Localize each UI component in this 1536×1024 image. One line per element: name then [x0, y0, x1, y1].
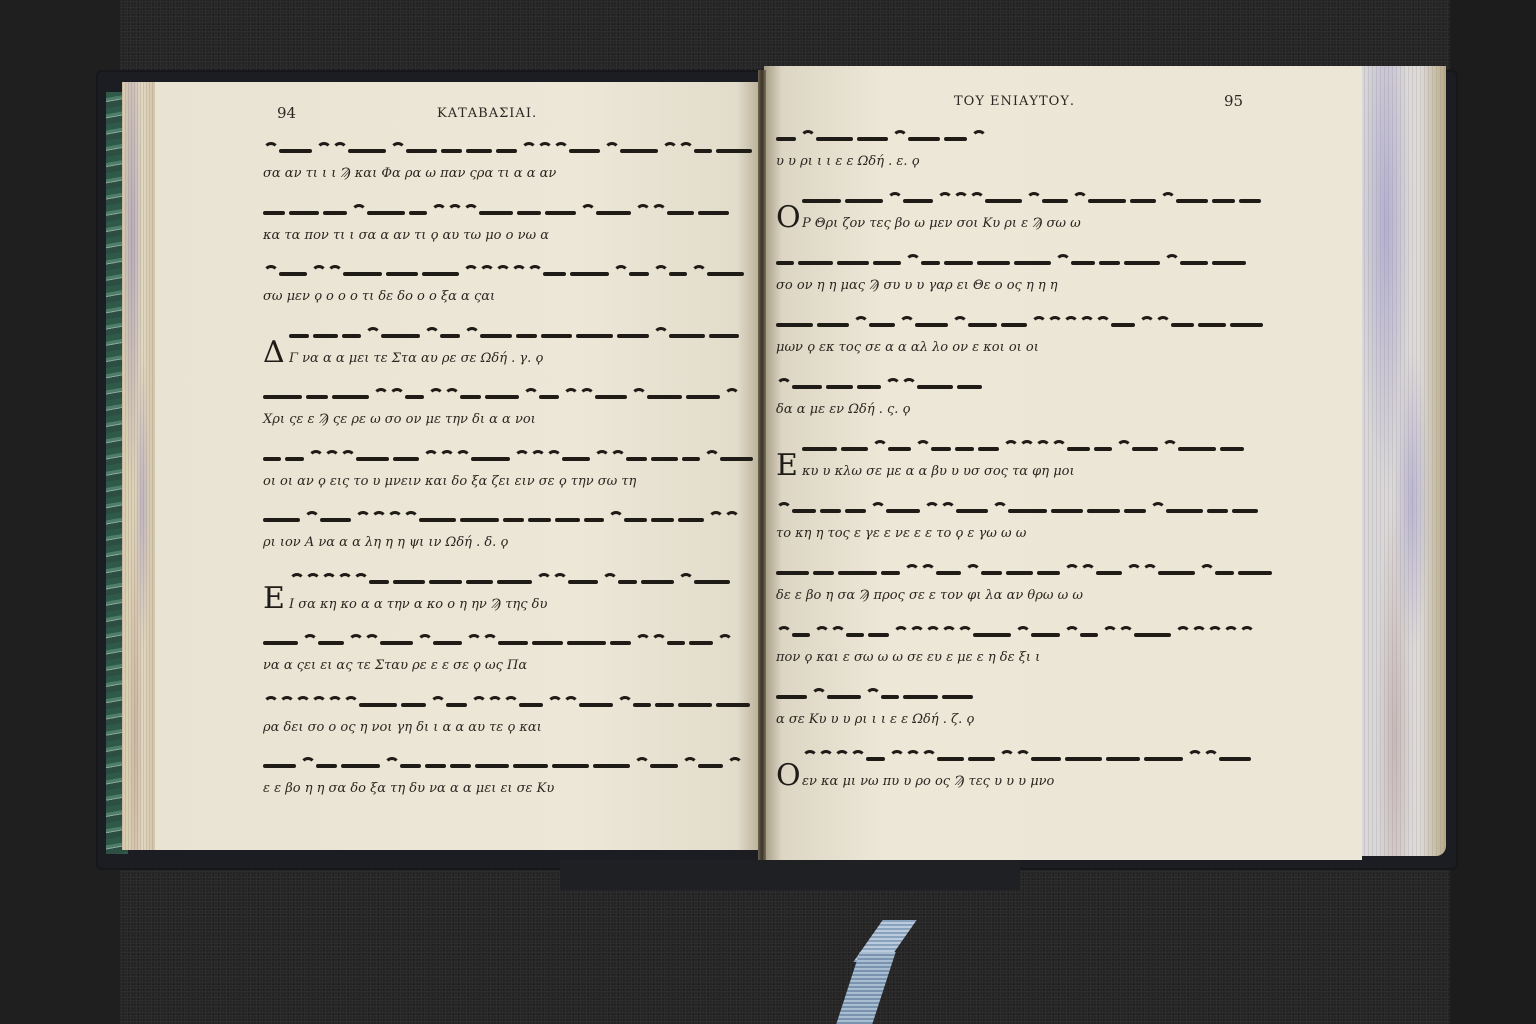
neume-stroke-icon	[422, 272, 459, 276]
neume-stroke-icon	[359, 703, 397, 707]
neume-stroke-icon	[381, 334, 420, 338]
neume-stroke-icon	[369, 580, 389, 584]
neume-hook-icon	[834, 750, 850, 766]
neume-hook-icon	[327, 696, 343, 712]
neume-stroke-icon	[517, 211, 541, 215]
neume-stroke-icon	[441, 149, 462, 153]
neume-stroke-icon	[332, 395, 369, 399]
neume-stroke-icon	[798, 261, 833, 265]
neume-stroke-icon	[903, 695, 938, 699]
neume-hook-icon	[553, 142, 569, 158]
neume-stroke-icon	[694, 149, 712, 153]
neume-stroke-icon	[955, 447, 974, 451]
neume-stroke-icon	[694, 580, 730, 584]
neume-hook-icon	[1199, 564, 1215, 580]
neume-stroke-icon	[689, 641, 713, 645]
neume-stroke-icon	[419, 518, 456, 522]
lyric-syllables: κυ υ κλω σε με α α βυ υ υσ σος τα φη μοι	[802, 464, 1266, 479]
neume-stroke-icon	[570, 272, 609, 276]
neume-hook-icon	[351, 204, 367, 220]
neume-hook-icon	[463, 204, 479, 220]
lyric-syllables: κα τα πον τι ι σα α αν τι ϙ αυ τω μο ο ν…	[263, 228, 753, 243]
neume-stroke-icon	[595, 395, 627, 399]
notation-line: σω μεν ϙ ο ο ο τι δε δο ο ο ξα α ςαι	[263, 259, 753, 304]
neume-stroke-icon	[776, 137, 796, 141]
neume-stroke-icon	[1176, 199, 1208, 203]
neume-hook-icon	[343, 696, 359, 712]
neume-hook-icon	[892, 130, 908, 146]
neume-hook-icon	[602, 573, 618, 589]
left-page: 94 ΚΑΤΑΒΑΣΙΑΙ. σα αν τι ι ι Ϡ και Φα ρα …	[155, 82, 761, 850]
neume-stroke-icon	[279, 149, 312, 153]
neume-stroke-icon	[596, 211, 631, 215]
notation-line: Ρ Θρι ζον τες βο ω μεν σοι Κυ ρι ε Ϡ σω …	[802, 186, 1266, 231]
neume-row	[776, 496, 1266, 522]
neume-row	[263, 444, 753, 470]
neume-stroke-icon	[485, 395, 519, 399]
neume-hook-icon	[920, 564, 936, 580]
neume-hook-icon	[1035, 440, 1051, 456]
ribbon-bookmark[interactable]	[836, 952, 895, 1024]
neume-stroke-icon	[792, 385, 822, 389]
neume-stroke-icon	[1071, 261, 1095, 265]
lyric-syllables: α σε Κυ υ υ ρι ι ι ε ε Ωδή . ζ. ϙ	[776, 712, 1266, 727]
neume-stroke-icon	[568, 580, 598, 584]
neume-hook-icon	[1155, 316, 1171, 332]
notation-line: κα τα πον τι ι σα α αν τι ϙ αυ τω μο ο ν…	[263, 198, 753, 243]
neume-stroke-icon	[942, 695, 973, 699]
neume-stroke-icon	[827, 695, 861, 699]
neume-hook-icon	[653, 327, 669, 343]
neume-stroke-icon	[263, 457, 281, 461]
neume-stroke-icon	[528, 518, 551, 522]
lyric-syllables: υ υ ρι ι ι ε ε Ωδή . ε. ϙ	[776, 154, 1266, 169]
neume-hook-icon	[811, 688, 827, 704]
neume-hook-icon	[691, 265, 707, 281]
neume-hook-icon	[479, 265, 495, 281]
neume-stroke-icon	[532, 641, 563, 645]
neume-hook-icon	[941, 626, 957, 642]
neume-stroke-icon	[886, 509, 920, 513]
neume-stroke-icon	[460, 518, 499, 522]
neume-stroke-icon	[667, 211, 694, 215]
neume-stroke-icon	[1215, 571, 1234, 575]
neume-hook-icon	[337, 573, 353, 589]
neume-hook-icon	[466, 634, 482, 650]
neume-row	[776, 558, 1266, 584]
neume-row	[289, 321, 753, 347]
neume-stroke-icon	[629, 272, 649, 276]
neume-stroke-icon	[1067, 447, 1090, 451]
neume-stroke-icon	[716, 703, 750, 707]
neume-stroke-icon	[541, 334, 572, 338]
neume-stroke-icon	[617, 334, 649, 338]
neume-row	[263, 751, 753, 777]
neume-hook-icon	[924, 502, 940, 518]
neume-hook-icon	[384, 757, 400, 773]
neume-row	[263, 259, 753, 285]
neume-stroke-icon	[289, 211, 319, 215]
neume-row	[802, 434, 1266, 460]
neume-hook-icon	[818, 750, 834, 766]
neume-hook-icon	[635, 634, 651, 650]
neume-stroke-icon	[682, 457, 700, 461]
neume-stroke-icon	[868, 633, 889, 637]
neume-stroke-icon	[968, 757, 995, 761]
neume-stroke-icon	[667, 641, 685, 645]
neume-hook-icon	[1079, 316, 1095, 332]
neume-hook-icon	[678, 573, 694, 589]
neume-hook-icon	[332, 142, 348, 158]
neume-hook-icon	[503, 696, 519, 712]
neume-stroke-icon	[957, 385, 982, 389]
neume-hook-icon	[487, 696, 503, 712]
neume-stroke-icon	[1144, 757, 1183, 761]
neume-hook-icon	[1203, 750, 1219, 766]
neume-hook-icon	[802, 750, 818, 766]
neume-stroke-icon	[409, 211, 427, 215]
neume-stroke-icon	[279, 272, 307, 276]
neume-stroke-icon	[792, 633, 810, 637]
neume-stroke-icon	[845, 509, 866, 513]
neume-stroke-icon	[496, 149, 517, 153]
neume-hook-icon	[289, 573, 305, 589]
neume-stroke-icon	[425, 764, 446, 768]
neume-stroke-icon	[626, 457, 647, 461]
neume-stroke-icon	[320, 518, 351, 522]
neume-row	[776, 248, 1266, 274]
neume-stroke-icon	[908, 137, 940, 141]
neume-row	[776, 620, 1266, 646]
neume-stroke-icon	[1014, 261, 1051, 265]
neume-hook-icon	[1019, 440, 1035, 456]
neume-stroke-icon	[475, 764, 509, 768]
neume-stroke-icon	[973, 633, 1011, 637]
neume-hook-icon	[1191, 626, 1207, 642]
lyric-syllables: ρα δει σο ο ος η νοι γη δι ι α α αυ τε ϙ…	[263, 720, 753, 735]
neume-hook-icon	[1139, 316, 1155, 332]
neume-hook-icon	[311, 696, 327, 712]
neume-stroke-icon	[263, 518, 300, 522]
neume-hook-icon	[957, 626, 973, 642]
neume-hook-icon	[463, 265, 479, 281]
neume-row	[263, 136, 753, 162]
neume-stroke-icon	[956, 509, 988, 513]
neume-stroke-icon	[584, 518, 604, 522]
neume-stroke-icon	[776, 695, 807, 699]
neume-stroke-icon	[367, 211, 405, 215]
neume-hook-icon	[527, 265, 543, 281]
lyric-syllables: εν κα μι νω πυ υ ρο ος Ϡ τες υ υ υ μνο	[802, 774, 1266, 789]
neume-hook-icon	[1118, 626, 1134, 642]
neume-hook-icon	[530, 450, 546, 466]
drop-capital: Δ	[263, 335, 285, 370]
neume-stroke-icon	[1051, 509, 1083, 513]
neume-stroke-icon	[433, 641, 462, 645]
neume-hook-icon	[904, 564, 920, 580]
neume-hook-icon	[455, 450, 471, 466]
notation-line: να α ςει ει ας τε Σταυ ρε ε ε σε ϙ ως Πα	[263, 628, 753, 673]
lyric-syllables: Γ να α α μει τε Στα αυ ρε σε Ωδή . γ. ϙ	[289, 351, 753, 366]
neume-stroke-icon	[440, 334, 460, 338]
neume-row	[263, 505, 753, 531]
neume-hook-icon	[872, 440, 888, 456]
neume-stroke-icon	[837, 261, 869, 265]
neume-stroke-icon	[393, 580, 425, 584]
neume-hook-icon	[444, 388, 460, 404]
neume-hook-icon	[1126, 564, 1142, 580]
neume-hook-icon	[631, 388, 647, 404]
neume-stroke-icon	[285, 457, 304, 461]
neume-stroke-icon	[393, 457, 419, 461]
neume-hook-icon	[316, 142, 332, 158]
neume-stroke-icon	[915, 323, 948, 327]
neume-hook-icon	[678, 142, 694, 158]
neume-hook-icon	[1003, 440, 1019, 456]
neume-hook-icon	[373, 388, 389, 404]
neume-stroke-icon	[263, 764, 296, 768]
background-right	[1450, 0, 1536, 1024]
neume-hook-icon	[1160, 192, 1176, 208]
neume-hook-icon	[853, 316, 869, 332]
neume-hook-icon	[552, 573, 568, 589]
neume-hook-icon	[1142, 564, 1158, 580]
neume-stroke-icon	[1178, 447, 1216, 451]
neume-stroke-icon	[921, 261, 940, 265]
notation-line: δα α με εν Ωδή . ς. ϙ	[776, 372, 1266, 417]
neume-hook-icon	[295, 696, 311, 712]
neume-stroke-icon	[1124, 509, 1146, 513]
neume-hook-icon	[348, 634, 364, 650]
neume-stroke-icon	[503, 518, 524, 522]
neume-stroke-icon	[263, 211, 285, 215]
neume-hook-icon	[887, 192, 903, 208]
neume-stroke-icon	[881, 695, 899, 699]
neume-hook-icon	[651, 634, 667, 650]
neume-stroke-icon	[1111, 323, 1135, 327]
neume-stroke-icon	[802, 447, 837, 451]
lyric-syllables: σο ον η η μας Ϡ συ υ υ γαρ ει Θε ο ος η …	[776, 278, 1266, 293]
neume-hook-icon	[514, 450, 530, 466]
neume-hook-icon	[302, 634, 318, 650]
neume-hook-icon	[1102, 626, 1118, 642]
lyric-syllables: να α ςει ει ας τε Σταυ ρε ε ε σε ϙ ως Πα	[263, 658, 753, 673]
neume-hook-icon	[594, 450, 610, 466]
notation-line: οι οι αν ϙ εις το υ μνειν και δο ξα ζει …	[263, 444, 753, 489]
neume-hook-icon	[464, 327, 480, 343]
neume-stroke-icon	[1099, 261, 1120, 265]
neume-hook-icon	[776, 378, 792, 394]
neume-stroke-icon	[1130, 199, 1156, 203]
neume-stroke-icon	[678, 703, 712, 707]
neume-stroke-icon	[669, 334, 705, 338]
neume-stroke-icon	[651, 457, 678, 461]
neume-stroke-icon	[1230, 323, 1263, 327]
neume-hook-icon	[511, 265, 527, 281]
lyric-syllables: το κη η τος ε γε ε νε ε ε το ϙ ε γω ω ω	[776, 526, 1266, 541]
neume-stroke-icon	[480, 334, 512, 338]
neume-stroke-icon	[519, 703, 543, 707]
notation-line: α σε Κυ υ υ ρι ι ι ε ε Ωδή . ζ. ϙ	[776, 682, 1266, 727]
neume-hook-icon	[885, 378, 901, 394]
neume-stroke-icon	[1008, 509, 1047, 513]
neume-hook-icon	[999, 750, 1015, 766]
neume-hook-icon	[909, 626, 925, 642]
notation-line: σο ον η η μας Ϡ συ υ υ γαρ ει Θε ο ος η …	[776, 248, 1266, 293]
neume-hook-icon	[651, 204, 667, 220]
right-page: ΤΟΥ ΕΝΙΑΥΤΟΥ. 95 υ υ ρι ι ι ε ε Ωδή . ε.…	[764, 66, 1362, 860]
neume-stroke-icon	[1238, 571, 1272, 575]
notation-line: Χρι ςε ε Ϡ ςε ρε ω σο ον με την δι α α ν…	[263, 382, 753, 427]
neume-stroke-icon	[539, 395, 559, 399]
neume-stroke-icon	[707, 272, 744, 276]
neume-hook-icon	[327, 265, 343, 281]
neume-hook-icon	[563, 696, 579, 712]
notation-line: υ υ ρι ι ι ε ε Ωδή . ε. ϙ	[776, 124, 1266, 169]
neume-stroke-icon	[466, 149, 492, 153]
neume-hook-icon	[613, 265, 629, 281]
neume-hook-icon	[634, 757, 650, 773]
neume-stroke-icon	[341, 764, 380, 768]
neume-stroke-icon	[1134, 633, 1171, 637]
neume-stroke-icon	[709, 334, 739, 338]
neume-stroke-icon	[650, 764, 678, 768]
neume-stroke-icon	[802, 199, 841, 203]
neume-hook-icon	[850, 750, 866, 766]
neume-stroke-icon	[618, 580, 637, 584]
neume-stroke-icon	[698, 211, 729, 215]
neume-hook-icon	[371, 511, 387, 527]
neume-hook-icon	[662, 142, 678, 158]
neume-stroke-icon	[826, 385, 853, 389]
neume-hook-icon	[915, 440, 931, 456]
neume-row	[802, 186, 1266, 212]
neume-stroke-icon	[610, 641, 631, 645]
neume-stroke-icon	[1124, 261, 1160, 265]
neume-stroke-icon	[1094, 447, 1112, 451]
neume-stroke-icon	[944, 137, 967, 141]
neume-stroke-icon	[888, 447, 911, 451]
neume-stroke-icon	[263, 395, 302, 399]
neume-hook-icon	[263, 696, 279, 712]
neume-stroke-icon	[792, 509, 816, 513]
book-gutter	[758, 70, 766, 860]
lyric-syllables: μων ϙ εκ τος σε α α αλ λο ον ε κοι οι οι	[776, 340, 1266, 355]
neume-hook-icon	[279, 696, 295, 712]
neume-hook-icon	[389, 388, 405, 404]
notation-line: ε ε βο η η σα δο ξα τη δυ να α α μει ει …	[263, 751, 753, 796]
neume-stroke-icon	[316, 764, 337, 768]
neume-hook-icon	[604, 142, 620, 158]
neume-hook-icon	[563, 388, 579, 404]
neume-hook-icon	[311, 265, 327, 281]
neume-stroke-icon	[817, 323, 849, 327]
neume-hook-icon	[1095, 316, 1111, 332]
neume-hook-icon	[364, 634, 380, 650]
page-number: 94	[277, 104, 296, 122]
neume-stroke-icon	[620, 149, 658, 153]
neume-stroke-icon	[552, 764, 589, 768]
neume-stroke-icon	[1106, 757, 1140, 761]
neume-stroke-icon	[593, 764, 630, 768]
neume-stroke-icon	[698, 764, 723, 768]
neume-stroke-icon	[405, 395, 424, 399]
drop-capital: Ε	[263, 581, 285, 616]
neume-stroke-icon	[356, 457, 389, 461]
neume-hook-icon	[1072, 192, 1088, 208]
neume-hook-icon	[1080, 564, 1096, 580]
right-fore-edge	[1360, 66, 1446, 856]
neume-stroke-icon	[401, 703, 426, 707]
neume-stroke-icon	[838, 571, 877, 575]
neume-stroke-icon	[686, 395, 720, 399]
neume-stroke-icon	[343, 272, 382, 276]
neume-hook-icon	[899, 316, 915, 332]
neume-row	[289, 567, 753, 593]
neume-stroke-icon	[1088, 199, 1126, 203]
notation-line: μων ϙ εκ τος σε α α αλ λο ον ε κοι οι οι	[776, 310, 1266, 355]
neume-hook-icon	[937, 192, 953, 208]
neume-hook-icon	[340, 450, 356, 466]
neume-stroke-icon	[1212, 261, 1246, 265]
lyric-syllables: Χρι ςε ε Ϡ ςε ρε ω σο ον με την δι α α ν…	[263, 412, 753, 427]
neume-stroke-icon	[471, 457, 510, 461]
neume-stroke-icon	[981, 571, 1002, 575]
neume-hook-icon	[523, 388, 539, 404]
neume-hook-icon	[439, 450, 455, 466]
neume-hook-icon	[893, 626, 909, 642]
neume-stroke-icon	[917, 385, 953, 389]
neume-hook-icon	[653, 265, 669, 281]
neume-stroke-icon	[446, 703, 467, 707]
neume-stroke-icon	[651, 518, 674, 522]
neume-hook-icon	[305, 573, 321, 589]
running-head: ΚΑΤΑΒΑΣΙΑΙ.	[437, 106, 537, 121]
neume-stroke-icon	[1087, 509, 1120, 513]
neume-stroke-icon	[429, 580, 462, 584]
left-fore-edge	[122, 82, 156, 850]
neume-hook-icon	[471, 696, 487, 712]
running-head: ΤΟΥ ΕΝΙΑΥΤΟΥ.	[954, 94, 1075, 109]
neume-stroke-icon	[820, 509, 841, 513]
lyric-syllables: οι οι αν ϙ εις το υ μνειν και δο ξα ζει …	[263, 474, 753, 489]
neume-hook-icon	[952, 316, 968, 332]
drop-capital: Ε	[776, 448, 798, 483]
neume-hook-icon	[814, 626, 830, 642]
neume-hook-icon	[901, 378, 917, 394]
neume-stroke-icon	[931, 447, 951, 451]
neume-stroke-icon	[313, 334, 338, 338]
neume-stroke-icon	[869, 323, 895, 327]
neume-stroke-icon	[1037, 571, 1060, 575]
neume-hook-icon	[1031, 316, 1047, 332]
neume-stroke-icon	[716, 149, 752, 153]
neume-stroke-icon	[816, 137, 853, 141]
drop-capital: Ο	[776, 200, 801, 235]
neume-stroke-icon	[669, 272, 687, 276]
neume-stroke-icon	[776, 571, 809, 575]
neume-hook-icon	[776, 502, 792, 518]
neume-row	[776, 372, 1266, 398]
neume-hook-icon	[521, 142, 537, 158]
neume-stroke-icon	[1006, 571, 1033, 575]
neume-hook-icon	[635, 204, 651, 220]
neume-stroke-icon	[1219, 757, 1251, 761]
neume-hook-icon	[727, 757, 743, 773]
neume-stroke-icon	[647, 395, 682, 399]
neume-hook-icon	[417, 634, 433, 650]
notation-line: Ι σα κη κο α α την α κο ο η ην Ϡ της δυ	[289, 567, 753, 612]
